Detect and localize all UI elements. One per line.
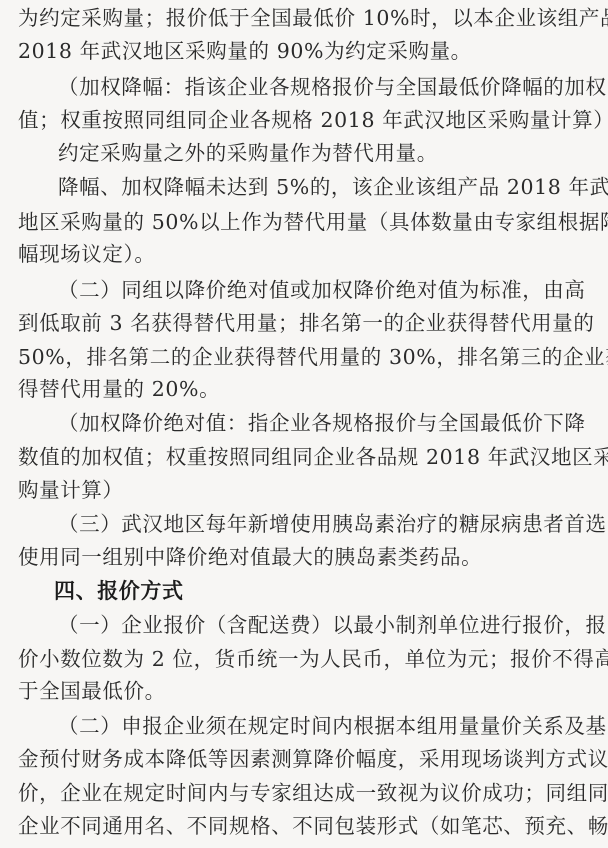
text-line: 2018 年武汉地区采购量的 90%为约定采购量。 <box>18 39 590 63</box>
document-page: 为约定采购量；报价低于全国最低价 10%时，以本企业该组产品2018 年武汉地区… <box>0 0 608 848</box>
text-line: 50%，排名第二的企业获得替代用量的 30%，排名第三的企业获 <box>18 345 590 369</box>
text-line: 为约定采购量；报价低于全国最低价 10%时，以本企业该组产品 <box>18 6 590 30</box>
text-line: 企业不同通用名、不同规格、不同包装形式（如笔芯、预充、畅 <box>18 814 590 838</box>
text-line: 降幅、加权降幅未达到 5%的，该企业该组产品 2018 年武汉 <box>58 175 590 199</box>
text-line: 值；权重按照同组同企业各规格 2018 年武汉地区采购量计算） <box>18 108 590 132</box>
text-line: 地区采购量的 50%以上作为替代用量（具体数量由专家组根据降 <box>18 210 590 234</box>
text-line: 到低取前 3 名获得替代用量；排名第一的企业获得替代用量的 <box>18 311 590 335</box>
text-line: （二）申报企业须在规定时间内根据本组用量量价关系及基 <box>58 714 590 738</box>
text-line: 数值的加权值；权重按照同组同企业各品规 2018 年武汉地区采 <box>18 445 590 469</box>
text-line: 于全国最低价。 <box>18 679 590 703</box>
text-line: 得替代用量的 20%。 <box>18 377 590 401</box>
text-line: 购量计算） <box>18 478 590 502</box>
text-line: 幅现场议定）。 <box>18 242 590 266</box>
text-line: 约定采购量之外的采购量作为替代用量。 <box>58 141 590 165</box>
text-line: （加权降幅：指该企业各规格报价与全国最低价降幅的加权 <box>58 75 590 99</box>
text-line: （三）武汉地区每年新增使用胰岛素治疗的糖尿病患者首选 <box>58 512 590 536</box>
text-line: 使用同一组别中降价绝对值最大的胰岛素类药品。 <box>18 545 590 569</box>
text-line: 价，企业在规定时间内与专家组达成一致视为议价成功；同组同 <box>18 781 590 805</box>
section-heading: 四、报价方式 <box>54 579 608 603</box>
text-line: （一）企业报价（含配送费）以最小制剂单位进行报价，报 <box>58 613 590 637</box>
text-line: （加权降价绝对值：指企业各规格报价与全国最低价下降 <box>58 411 590 435</box>
text-line: （二）同组以降价绝对值或加权降价绝对值为标准，由高 <box>58 278 590 302</box>
text-line: 金预付财务成本降低等因素测算降价幅度，采用现场谈判方式议 <box>18 747 590 771</box>
text-line: 价小数位数为 2 位，货币统一为人民币，单位为元；报价不得高 <box>18 647 590 671</box>
